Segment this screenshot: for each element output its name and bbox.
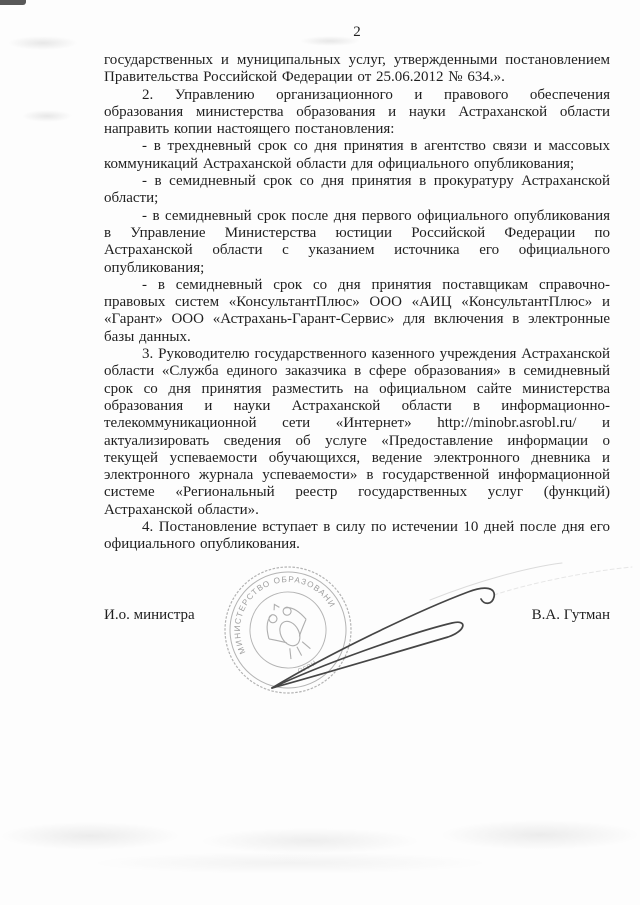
scan-smudge [90, 852, 490, 874]
scan-corner-mark [0, 0, 26, 5]
document-body: государственных и муниципальных услуг, у… [104, 52, 610, 554]
paragraph-dash-1: - в трехдневный срок со дня принятия в а… [104, 138, 610, 173]
scan-smudge [22, 110, 72, 122]
scan-smudge [8, 36, 78, 50]
page-number: 2 [104, 24, 610, 41]
paragraph-dash-2: - в семидневный срок со дня принятия в п… [104, 173, 610, 208]
signer-title: И.о. министра [104, 607, 195, 624]
paragraph-continuation: государственных и муниципальных услуг, у… [104, 52, 610, 87]
paragraph-item-2: 2. Управлению организационного и правово… [104, 87, 610, 139]
paragraph-dash-4: - в семидневный срок со дня принятия пос… [104, 277, 610, 346]
scan-smudge [0, 822, 180, 850]
scan-smudge [200, 828, 420, 854]
scan-smudge [440, 820, 640, 850]
signature-icon [200, 555, 640, 715]
paragraph-dash-3: - в семидневный срок после дня первого о… [104, 208, 610, 277]
scanned-document-page: 2 государственных и муниципальных услуг,… [0, 0, 640, 905]
paragraph-item-3: 3. Руководителю государственного казенно… [104, 346, 610, 519]
